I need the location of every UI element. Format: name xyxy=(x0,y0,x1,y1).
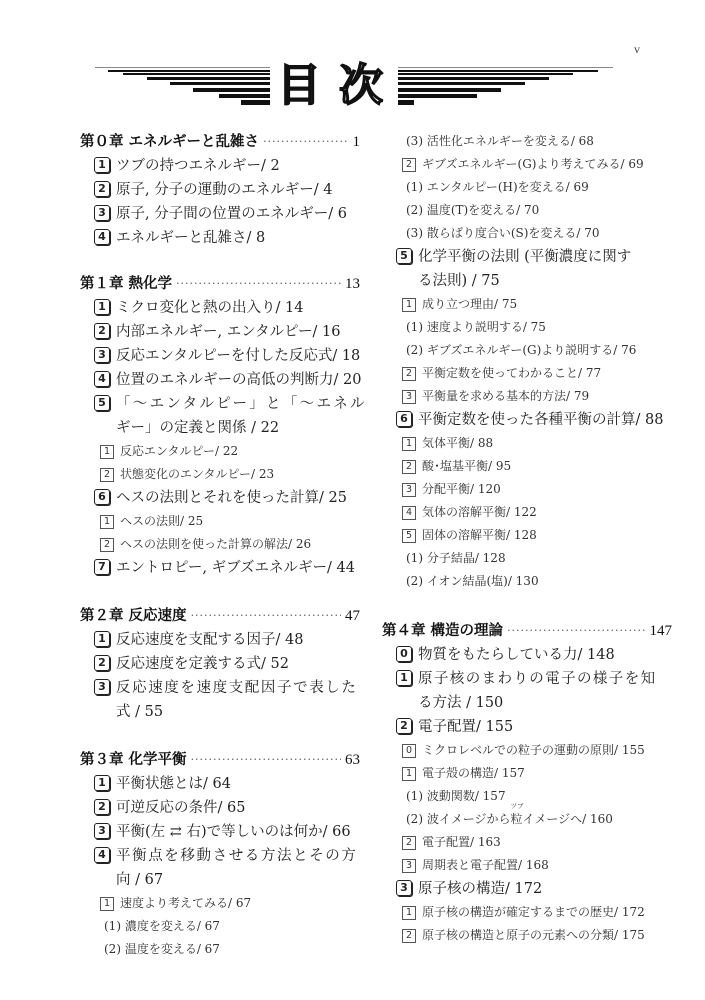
section-title: ツブの持つエネルギー/ 2 xyxy=(116,158,280,174)
subsection-item[interactable]: 1速度より考えてみる/ 67 xyxy=(80,892,360,915)
section-title: 平衡(左 ⇄ 右)で等しいのは何か/ 66 xyxy=(116,824,351,840)
subsubsection-item[interactable]: (1) 濃度を変える/ 67 xyxy=(80,915,360,938)
section-title: 位置のエネルギーの高低の判断力/ 20 xyxy=(116,372,361,388)
subsection-item[interactable]: 2電子配置/ 163 xyxy=(382,831,672,854)
subsection-title: ギブズエネルギー(G)より考えてみる/ 69 xyxy=(422,157,644,171)
subsection-item[interactable]: 1ヘスの法則/ 25 xyxy=(80,510,360,533)
spacer xyxy=(382,593,672,619)
section-item[interactable]: 2内部エネルギー, エンタルピー/ 16 xyxy=(80,320,360,344)
header-rule xyxy=(398,73,573,75)
section-title: 電子配置/ 155 xyxy=(418,719,513,735)
header-rule xyxy=(398,94,477,98)
section-number-badge: 2 xyxy=(396,718,412,734)
subsection-number-box: 2 xyxy=(402,929,416,943)
section-item[interactable]: 6ヘスの法則とそれを使った計算/ 25 xyxy=(80,486,360,510)
subsection-title: 状態変化のエンタルピー/ 23 xyxy=(120,467,274,481)
section-number-badge: 2 xyxy=(94,323,110,339)
section-title: 反応エンタルピーを付した反応式/ 18 xyxy=(116,348,360,364)
subsection-title: 成り立つ理由/ 75 xyxy=(422,297,517,311)
toc-header: 目 次 xyxy=(0,0,705,120)
subsection-item[interactable]: 1成り立つ理由/ 75 xyxy=(382,293,672,316)
section-title: 原子核のまわりの電子の様子を知 xyxy=(418,671,657,687)
subsection-number-box: 2 xyxy=(402,460,416,474)
chapter-page: 1 xyxy=(353,130,361,154)
subsection-item[interactable]: 1反応エンタルピー/ 22 xyxy=(80,440,360,463)
header-rule xyxy=(398,77,549,80)
chapter-title: 第３章 化学平衡 xyxy=(80,748,187,772)
subsubsection-text: (2) 波イメージから xyxy=(406,812,510,826)
section-number-badge: 1 xyxy=(94,299,110,315)
subsection-item[interactable]: 1原子核の構造が確定するまでの歴史/ 172 xyxy=(382,901,672,924)
dot-leader xyxy=(191,604,341,628)
section-item[interactable]: 1平衡状態とは/ 64 xyxy=(80,772,360,796)
header-rule xyxy=(108,70,270,72)
dot-leader xyxy=(263,130,348,154)
section-title: エネルギーと乱雑さ/ 8 xyxy=(116,230,265,246)
subsection-title: ミクロレベルでの粒子の運動の原則/ 155 xyxy=(422,743,645,757)
section-number-badge: 5 xyxy=(396,248,412,264)
section-item[interactable]: 0物質をもたらしている力/ 148 xyxy=(382,643,672,667)
subsection-title: 分配平衡/ 120 xyxy=(422,482,501,496)
section-number-badge: 6 xyxy=(94,489,110,505)
toc-right-column: (3) 活性化エネルギーを変える/ 68 2ギブズエネルギー(G)より考えてみる… xyxy=(382,130,672,947)
subsection-number-box: 1 xyxy=(402,298,416,312)
section-item[interactable]: 3反応エンタルピーを付した反応式/ 18 xyxy=(80,344,360,368)
subsection-title: 酸･塩基平衡/ 95 xyxy=(422,459,511,473)
ruby-annotated-char: ツブ粒 xyxy=(510,812,522,826)
section-title: 反応速度を支配する因子/ 48 xyxy=(116,632,303,648)
chapter-title: 第０章 エネルギーと乱雑さ xyxy=(80,130,259,154)
chapter-page: 63 xyxy=(345,748,360,772)
section-title: 化学平衡の法則 (平衡濃度に関す xyxy=(418,249,631,265)
subsection-item[interactable]: 1気体平衡/ 88 xyxy=(382,432,672,455)
title-char-2: 次 xyxy=(339,62,383,110)
chapter-page: 147 xyxy=(650,619,673,643)
header-rule xyxy=(241,100,270,105)
subsection-number-box: 3 xyxy=(402,859,416,873)
subsection-number-box: 3 xyxy=(402,390,416,404)
subsubsection-item[interactable]: (1) 速度より説明する/ 75 xyxy=(382,316,672,339)
header-rule xyxy=(398,88,501,92)
header-rule xyxy=(147,77,270,80)
section-item[interactable]: 6平衡定数を使った各種平衡の計算/ 88 xyxy=(382,408,672,432)
subsection-item[interactable]: 1電子殻の構造/ 157 xyxy=(382,762,672,785)
subsection-item[interactable]: 2ギブズエネルギー(G)より考えてみる/ 69 xyxy=(382,153,672,176)
chapter-2[interactable]: 第２章 反応速度 47 xyxy=(80,604,360,628)
section-title: エントロピー, ギブズエネルギー/ 44 xyxy=(116,560,355,576)
chapter-title: 第２章 反応速度 xyxy=(80,604,187,628)
section-number-badge: 1 xyxy=(94,775,110,791)
header-rule xyxy=(193,88,270,92)
section-title: 内部エネルギー, エンタルピー/ 16 xyxy=(116,324,341,340)
subsubsection-item[interactable]: (2) 温度(T)を変える/ 70 xyxy=(382,199,672,222)
subsection-title: 原子核の構造が確定するまでの歴史/ 172 xyxy=(422,905,645,919)
section-number-badge: 7 xyxy=(94,559,110,575)
subsubsection-item[interactable]: (3) 活性化エネルギーを変える/ 68 xyxy=(382,130,672,153)
subsection-number-box: 2 xyxy=(100,538,114,552)
dot-leader xyxy=(191,748,341,772)
section-title: 「～エンタルピー」と「～エネル xyxy=(116,396,367,412)
section-title-continued: 向 / 67 xyxy=(80,868,360,892)
section-title: 原子核の構造/ 172 xyxy=(418,881,542,897)
section-number-badge: 3 xyxy=(396,880,412,896)
subsubsection-item[interactable]: (1) 波動関数/ 157 xyxy=(382,785,672,808)
header-rule xyxy=(398,67,613,68)
subsection-number-box: 1 xyxy=(402,906,416,920)
section-number-badge: 3 xyxy=(94,347,110,363)
chapter-1[interactable]: 第１章 熱化学 13 xyxy=(80,272,360,296)
chapter-page: 47 xyxy=(345,604,360,628)
section-number-badge: 3 xyxy=(94,205,110,221)
section-title: 平衡定数を使った各種平衡の計算/ 88 xyxy=(418,412,663,428)
subsubsection-item[interactable]: (1) エンタルピー(H)を変える/ 69 xyxy=(382,176,672,199)
chapter-title: 第１章 熱化学 xyxy=(80,272,172,296)
section-item[interactable]: 2反応速度を定義する式/ 52 xyxy=(80,652,360,676)
subsection-item[interactable]: 2原子核の構造と原子の元素への分類/ 175 xyxy=(382,924,672,947)
subsection-title: ヘスの法則を使った計算の解法/ 26 xyxy=(120,537,311,551)
subsection-item[interactable]: 0ミクロレベルでの粒子の運動の原則/ 155 xyxy=(382,739,672,762)
subsubsection-text: イメージへ/ 160 xyxy=(522,812,612,826)
dot-leader xyxy=(176,272,341,296)
subsection-title: 平衡量を求める基本的方法/ 79 xyxy=(422,389,589,403)
section-number-badge: 6 xyxy=(396,411,412,427)
subsection-title: 気体平衡/ 88 xyxy=(422,436,493,450)
subsection-item[interactable]: 2ヘスの法則を使った計算の解法/ 26 xyxy=(80,533,360,556)
subsubsection-item[interactable]: (2) 温度を変える/ 67 xyxy=(80,938,360,961)
subsection-item[interactable]: 4気体の溶解平衡/ 122 xyxy=(382,501,672,524)
title-char-1: 目 xyxy=(277,62,321,110)
toc-left-column: 第０章 エネルギーと乱雑さ 1 1ツブの持つエネルギー/ 2 2原子, 分子の運… xyxy=(80,130,360,961)
dot-leader xyxy=(507,619,645,643)
section-item[interactable]: 3原子, 分子間の位置のエネルギー/ 6 xyxy=(80,202,360,226)
section-title: 物質をもたらしている力/ 148 xyxy=(418,647,615,663)
spacer xyxy=(80,250,360,272)
section-item[interactable]: 1反応速度を支配する因子/ 48 xyxy=(80,628,360,652)
subsection-item[interactable]: 2状態変化のエンタルピー/ 23 xyxy=(80,463,360,486)
section-item[interactable]: 4平衡点を移動させる方法とその方 xyxy=(80,844,360,868)
subsubsection-item[interactable]: (1) 分子結晶/ 128 xyxy=(382,547,672,570)
section-title-continued: 式 / 55 xyxy=(80,700,360,724)
subsection-number-box: 1 xyxy=(402,767,416,781)
section-item[interactable]: 2原子, 分子の運動のエネルギー/ 4 xyxy=(80,178,360,202)
section-number-badge: 3 xyxy=(94,679,110,695)
spacer xyxy=(80,580,360,604)
subsection-title: 速度より考えてみる/ 67 xyxy=(120,896,251,910)
subsection-number-box: 2 xyxy=(100,468,114,482)
subsection-title: 電子配置/ 163 xyxy=(422,835,501,849)
subsection-number-box: 1 xyxy=(100,515,114,529)
section-number-badge: 1 xyxy=(94,157,110,173)
spacer xyxy=(80,724,360,748)
subsection-title: 固体の溶解平衡/ 128 xyxy=(422,528,537,542)
subsection-title: 原子核の構造と原子の元素への分類/ 175 xyxy=(422,928,645,942)
ruby-reading: ツブ xyxy=(510,803,523,810)
section-number-badge: 0 xyxy=(396,646,412,662)
subsection-number-box: 0 xyxy=(402,744,416,758)
section-title: ミクロ変化と熱の出入り/ 14 xyxy=(116,300,303,316)
subsection-number-box: 5 xyxy=(402,529,416,543)
subsection-item[interactable]: 3平衡量を求める基本的方法/ 79 xyxy=(382,385,672,408)
section-item[interactable]: 5化学平衡の法則 (平衡濃度に関す xyxy=(382,245,672,269)
chapter-3[interactable]: 第３章 化学平衡 63 xyxy=(80,748,360,772)
section-number-badge: 5 xyxy=(94,395,110,411)
section-item[interactable]: 1ツブの持つエネルギー/ 2 xyxy=(80,154,360,178)
section-item[interactable]: 3平衡(左 ⇄ 右)で等しいのは何か/ 66 xyxy=(80,820,360,844)
header-rule xyxy=(398,82,525,85)
subsection-number-box: 3 xyxy=(402,483,416,497)
section-title: 反応速度を速度支配因子で表した xyxy=(116,680,358,696)
subsection-item[interactable]: 2平衡定数を使ってわかること/ 77 xyxy=(382,362,672,385)
section-item[interactable]: 5「～エンタルピー」と「～エネル xyxy=(80,392,360,416)
section-title: 原子, 分子の運動のエネルギー/ 4 xyxy=(116,182,332,198)
chapter-4[interactable]: 第４章 構造の理論 147 xyxy=(382,619,672,643)
section-item[interactable]: 1ミクロ変化と熱の出入り/ 14 xyxy=(80,296,360,320)
chapter-0[interactable]: 第０章 エネルギーと乱雑さ 1 xyxy=(80,130,360,154)
section-number-badge: 4 xyxy=(94,847,110,863)
section-number-badge: 2 xyxy=(94,655,110,671)
section-number-badge: 3 xyxy=(94,823,110,839)
header-rule xyxy=(398,70,598,72)
section-number-badge: 1 xyxy=(94,631,110,647)
subsection-number-box: 2 xyxy=(402,836,416,850)
section-item[interactable]: 4エネルギーと乱雑さ/ 8 xyxy=(80,226,360,250)
ruby-base: 粒 xyxy=(510,812,522,826)
section-title: 平衡状態とは/ 64 xyxy=(116,776,231,792)
chapter-page: 13 xyxy=(345,272,360,296)
section-item[interactable]: 1原子核のまわりの電子の様子を知 xyxy=(382,667,672,691)
section-title-continued: る方法 / 150 xyxy=(382,691,672,715)
section-item[interactable]: 7エントロピー, ギブズエネルギー/ 44 xyxy=(80,556,360,580)
subsection-number-box: 2 xyxy=(402,367,416,381)
subsection-item[interactable]: 5固体の溶解平衡/ 128 xyxy=(382,524,672,547)
section-item[interactable]: 3原子核の構造/ 172 xyxy=(382,877,672,901)
section-title-continued: ギー」の定義と関係 / 22 xyxy=(80,416,360,440)
subsection-title: 気体の溶解平衡/ 122 xyxy=(422,505,537,519)
section-item[interactable]: 3反応速度を速度支配因子で表した xyxy=(80,676,360,700)
section-number-badge: 1 xyxy=(396,670,412,686)
subsection-title: 平衡定数を使ってわかること/ 77 xyxy=(422,366,601,380)
section-title: 平衡点を移動させる方法とその方 xyxy=(116,848,358,864)
subsubsection-item[interactable]: (3) 散らばり度合い(S)を変える/ 70 xyxy=(382,222,672,245)
section-number-badge: 4 xyxy=(94,229,110,245)
section-item[interactable]: 2電子配置/ 155 xyxy=(382,715,672,739)
section-title: 原子, 分子間の位置のエネルギー/ 6 xyxy=(116,206,347,222)
section-title-continued: る法則) / 75 xyxy=(382,269,672,293)
subsection-number-box: 1 xyxy=(100,445,114,459)
header-rule xyxy=(398,100,414,105)
subsubsection-item[interactable]: (2) ギブズエネルギー(G)より説明する/ 76 xyxy=(382,339,672,362)
subsection-number-box: 2 xyxy=(402,158,416,172)
chapter-title: 第４章 構造の理論 xyxy=(382,619,503,643)
subsection-title: 電子殻の構造/ 157 xyxy=(422,766,525,780)
subsection-title: 反応エンタルピー/ 22 xyxy=(120,444,238,458)
section-title: 可逆反応の条件/ 65 xyxy=(116,800,245,816)
subsection-item[interactable]: 2酸･塩基平衡/ 95 xyxy=(382,455,672,478)
section-number-badge: 2 xyxy=(94,799,110,815)
header-rule xyxy=(170,82,270,85)
section-title: 反応速度を定義する式/ 52 xyxy=(116,656,289,672)
subsubsection-item[interactable]: (2) 波イメージからツブ粒イメージへ/ 160 xyxy=(382,808,672,831)
subsubsection-item[interactable]: (2) イオン結晶(塩)/ 130 xyxy=(382,570,672,593)
subsection-number-box: 4 xyxy=(402,506,416,520)
section-title: ヘスの法則とそれを使った計算/ 25 xyxy=(116,490,347,506)
subsection-number-box: 1 xyxy=(402,437,416,451)
section-number-badge: 4 xyxy=(94,371,110,387)
header-rule xyxy=(123,73,270,75)
subsection-title: ヘスの法則/ 25 xyxy=(120,514,203,528)
subsection-item[interactable]: 3周期表と電子配置/ 168 xyxy=(382,854,672,877)
header-rule xyxy=(219,94,270,98)
section-item[interactable]: 4位置のエネルギーの高低の判断力/ 20 xyxy=(80,368,360,392)
section-item[interactable]: 2可逆反応の条件/ 65 xyxy=(80,796,360,820)
header-rule xyxy=(95,67,270,68)
section-number-badge: 2 xyxy=(94,181,110,197)
subsection-item[interactable]: 3分配平衡/ 120 xyxy=(382,478,672,501)
subsection-number-box: 1 xyxy=(100,897,114,911)
subsection-title: 周期表と電子配置/ 168 xyxy=(422,858,549,872)
